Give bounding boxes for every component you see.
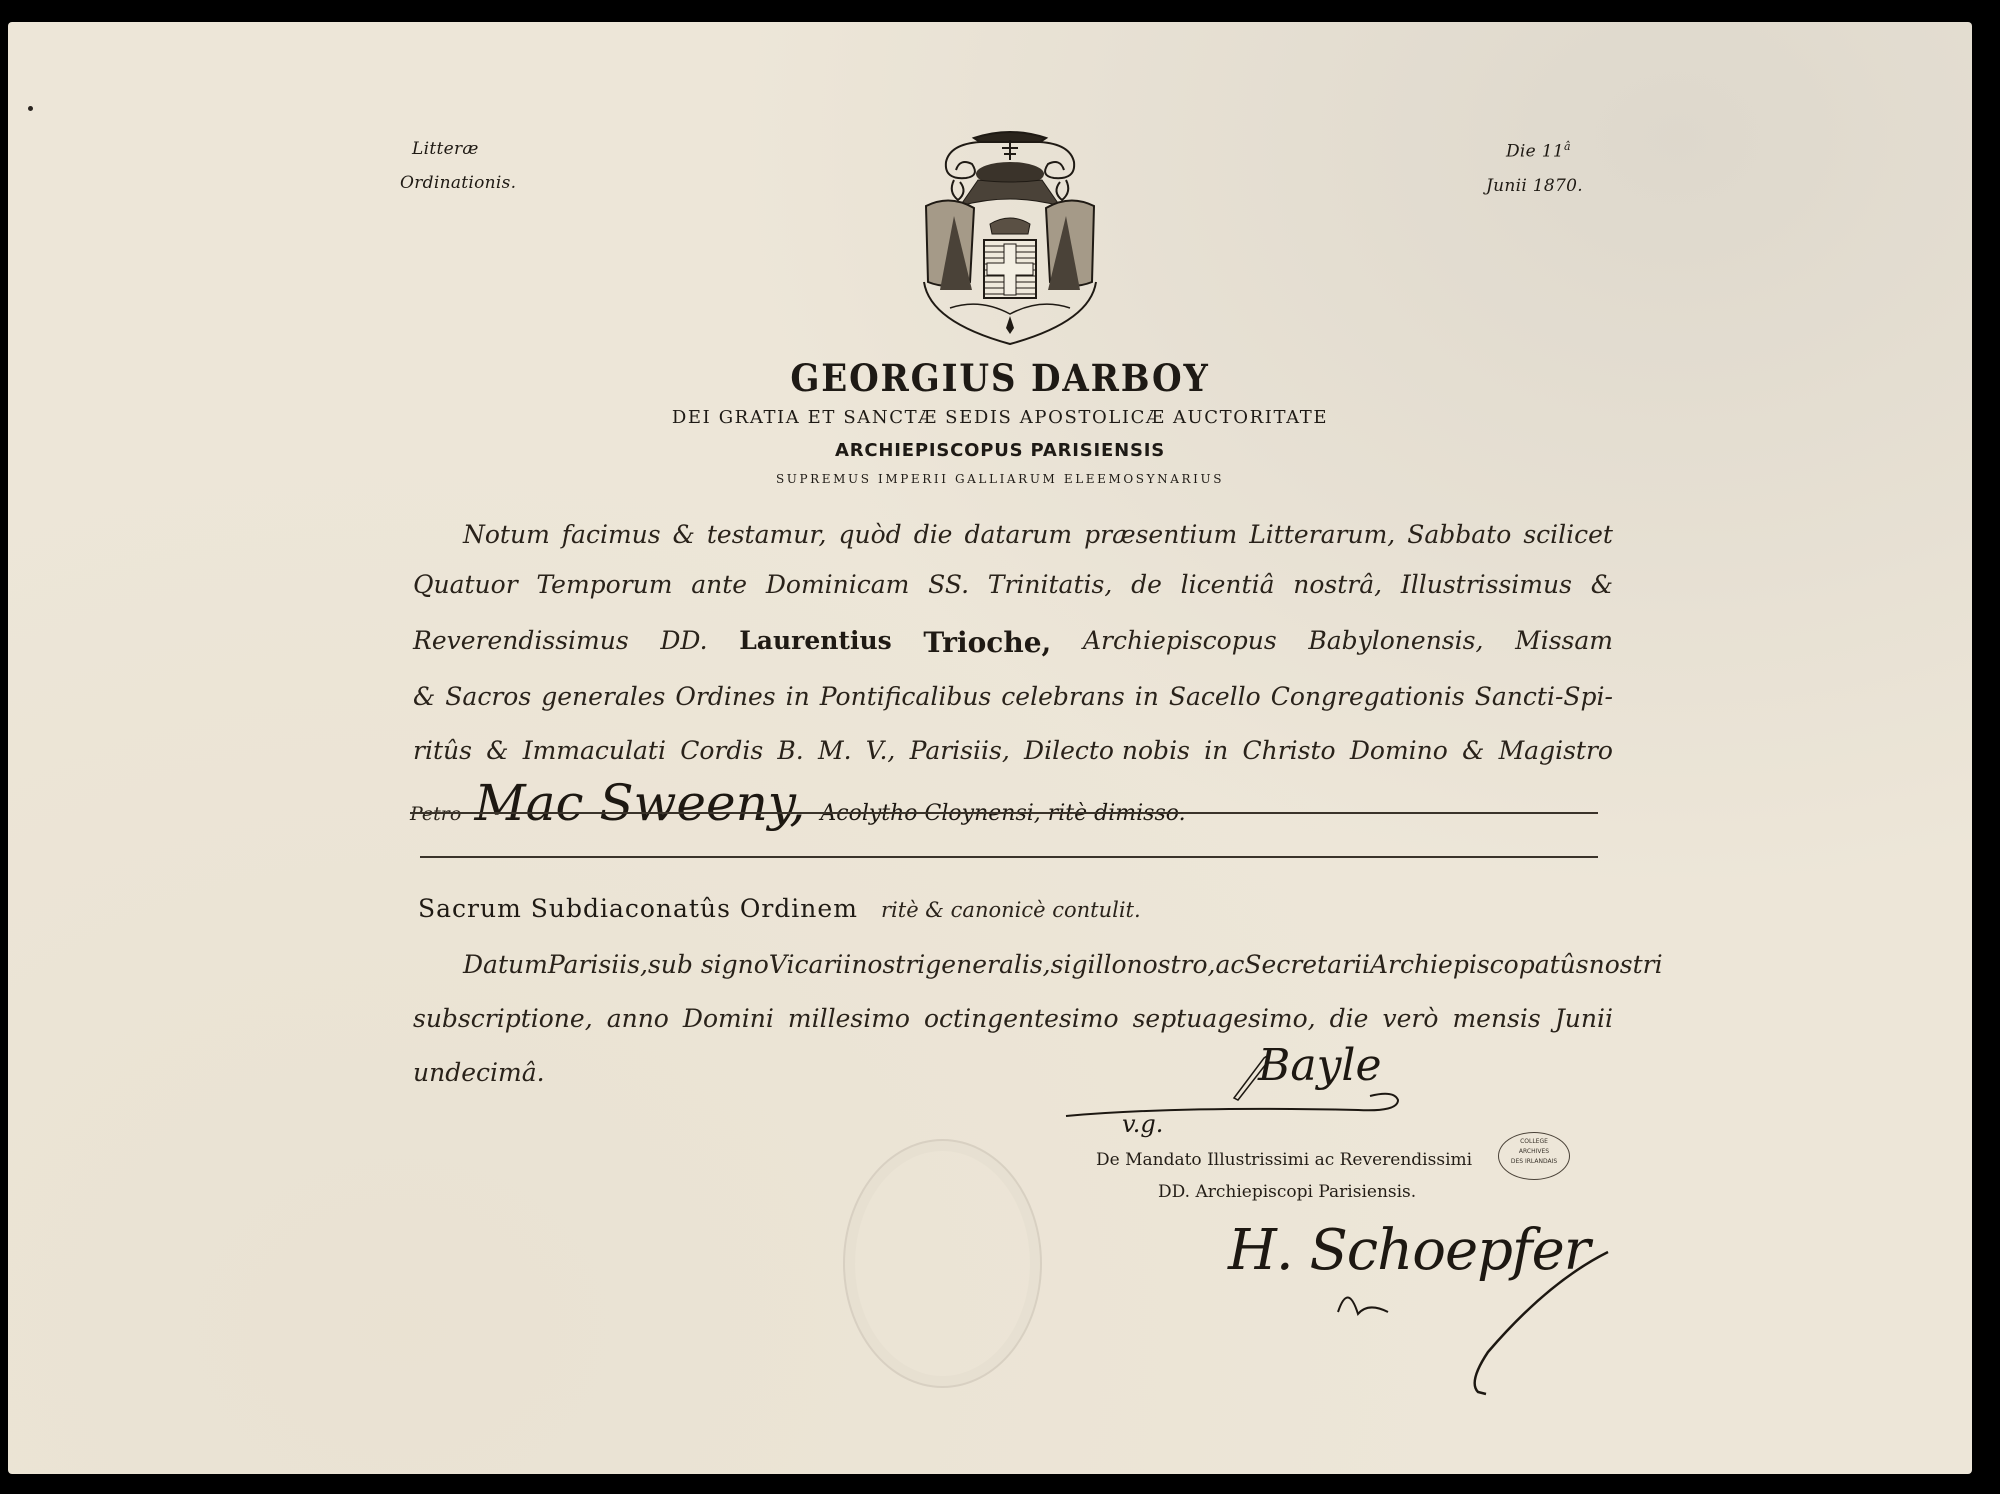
word: licentiâ (1181, 570, 1275, 599)
embossed-seal-icon (843, 1139, 1042, 1388)
word: Domini (683, 1004, 774, 1033)
archive-stamp: COLLEGE ARCHIVES DES IRLANDAIS (1498, 1132, 1570, 1180)
order-name: Sacrum Subdiaconatûs Ordinem (418, 894, 858, 923)
word: Dilecto nobis (1024, 736, 1190, 765)
word: & (486, 736, 508, 765)
word: Litterarum, (1249, 520, 1395, 549)
word: Temporum (536, 570, 672, 599)
dating-line-1: Datum Parisiis, sub signo Vicarii nostri… (463, 950, 1613, 979)
corner-left-line1: Litteræ (400, 132, 516, 166)
word: Christo (1243, 736, 1336, 765)
word: octingentesimo (924, 1004, 1119, 1033)
word: B. (777, 736, 803, 765)
word: generalis, (925, 950, 1050, 979)
word: in (1204, 736, 1228, 765)
word: Parisiis, (910, 736, 1010, 765)
word: Cordis (680, 736, 763, 765)
word: Sacello (1169, 682, 1261, 711)
date-day: 11 (1542, 142, 1564, 162)
fill-line-2 (420, 856, 1598, 858)
paper-speck (28, 106, 33, 111)
word: Congregationis (1271, 682, 1465, 711)
word: nostri (1589, 950, 1663, 979)
word: sigillo (1051, 950, 1127, 979)
word: die (914, 520, 953, 549)
word: nostrâ, (1293, 570, 1382, 599)
word: ante (691, 570, 747, 599)
secretary-signature-flourish-icon (1328, 1242, 1628, 1402)
word: quòd (839, 520, 902, 549)
body-line-2: Quatuor Temporum ante Dominicam SS. Trin… (413, 570, 1613, 599)
word: Secretarii (1244, 950, 1370, 979)
word: de (1131, 570, 1162, 599)
word: Trinitatis, (988, 570, 1113, 599)
word: subscriptione, (413, 1004, 593, 1033)
word: nostri (851, 950, 925, 979)
ordinand-name: Mac Sweeny, (474, 774, 805, 832)
word: Sacros (445, 682, 531, 711)
document-page: Litteræ Ordinationis. Die 11â Junii 1870… (8, 22, 1972, 1474)
stamp-text-middle: ARCHIVES (1499, 1147, 1569, 1157)
consecrator-name: Laurentius (739, 626, 892, 659)
word: undecimâ. (413, 1058, 545, 1087)
ordinand-details: Acolytho Cloynensi, ritè dimisso. (820, 801, 1185, 826)
body-line-1: Notum facimus & testamur, quòd die datar… (463, 520, 1613, 549)
word: Sabbato (1407, 520, 1511, 549)
document-type-label: Litteræ Ordinationis. (400, 132, 516, 200)
mandate-line-1: De Mandato Illustrissimi ac Reverendissi… (1096, 1150, 1472, 1170)
word: nostro, (1127, 950, 1216, 979)
date-day-suffix: â (1564, 140, 1571, 153)
archbishop-name: GEORGIUS DARBOY (87, 356, 1912, 400)
document-date: Die 11â Junii 1870. (1486, 130, 1583, 203)
word: ritûs (413, 736, 472, 765)
vicar-signature: Bayle (1258, 1040, 1382, 1091)
header-title-line3: SUPREMUS IMPERII GALLIARUM ELEEMOSYNARIU… (8, 472, 1992, 486)
word: Quatuor (413, 570, 518, 599)
word: scilicet (1523, 520, 1613, 549)
word: mensis (1452, 1004, 1540, 1033)
word: SS. (928, 570, 969, 599)
word: Junii (1555, 1004, 1613, 1033)
word: Babylonensis, (1308, 626, 1483, 659)
word: Illustrissimus (1401, 570, 1572, 599)
ordinand-line: Petro Mac Sweeny, Acolytho Cloynensi, ri… (410, 774, 1186, 832)
word: Sancti-Spi- (1475, 682, 1613, 711)
word: die (1330, 1004, 1369, 1033)
word: millesimo (788, 1004, 910, 1033)
word: septuagesimo, (1133, 1004, 1316, 1033)
word: testamur, (707, 520, 827, 549)
coat-of-arms-icon (910, 122, 1110, 352)
body-line-3: Reverendissimus DD. Laurentius Trioche, … (413, 626, 1613, 659)
fill-line-1 (410, 812, 1598, 814)
word: Dominicam (766, 570, 910, 599)
date-month-year: Junii 1870. (1486, 169, 1583, 203)
word: generales (541, 682, 665, 711)
word: præsentium (1084, 520, 1237, 549)
word: V., (866, 736, 896, 765)
word: sub signo (648, 950, 769, 979)
word: celebrans (1001, 682, 1124, 711)
word: Domino (1350, 736, 1448, 765)
word: Vicarii (769, 950, 851, 979)
word: Notum (463, 520, 550, 549)
word: Magistro (1499, 736, 1613, 765)
word: facimus (562, 520, 661, 549)
mandate-line-2: DD. Archiepiscopi Parisiensis. (1158, 1182, 1416, 1202)
word: datarum (965, 520, 1073, 549)
order-conferred-line: Sacrum Subdiaconatûs Ordinem ritè & cano… (418, 894, 1141, 923)
word: Archiepiscopatûs (1370, 950, 1589, 979)
word: Archiepiscopus (1083, 626, 1277, 659)
word: Immaculati (523, 736, 666, 765)
word: M. (818, 736, 852, 765)
order-conferred-text: ritè & canonicè contulit. (881, 898, 1141, 922)
word: Datum (463, 950, 548, 979)
header-title-line2: ARCHIEPISCOPUS PARISIENSIS (8, 440, 1992, 461)
word: Parisiis, (548, 950, 648, 979)
word: in (786, 682, 810, 711)
word: DD. (660, 626, 707, 659)
word: & (1462, 736, 1484, 765)
dating-line-2: subscriptione, anno Domini millesimo oct… (413, 1004, 1613, 1033)
ordinand-prefix: Petro (410, 803, 461, 825)
body-line-4: & Sacros generales Ordines in Pontifical… (413, 682, 1613, 711)
body-line-5: ritûs & Immaculati Cordis B. M. V., Pari… (413, 736, 1613, 765)
word: Missam (1515, 626, 1613, 659)
consecrator-surname: Trioche, (923, 626, 1051, 659)
word: & (673, 520, 695, 549)
vicar-general-initials: v.g. (1122, 1110, 1163, 1138)
word: anno (607, 1004, 669, 1033)
word: Pontificalibus (820, 682, 992, 711)
word: Reverendissimus (413, 626, 629, 659)
date-prefix: Die (1506, 142, 1536, 162)
word: ac (1215, 950, 1244, 979)
word: verò (1382, 1004, 1438, 1033)
word: Ordines (675, 682, 775, 711)
corner-left-line2: Ordinationis. (400, 166, 516, 200)
word: in (1135, 682, 1159, 711)
stamp-text-top: COLLEGE (1499, 1137, 1569, 1147)
word: & (1591, 570, 1613, 599)
stamp-text-bottom: DES IRLANDAIS (1499, 1157, 1569, 1167)
word: & (413, 682, 435, 711)
header-title-line1: DEI GRATIA ET SANCTÆ SEDIS APOSTOLICÆ AU… (8, 407, 1992, 428)
